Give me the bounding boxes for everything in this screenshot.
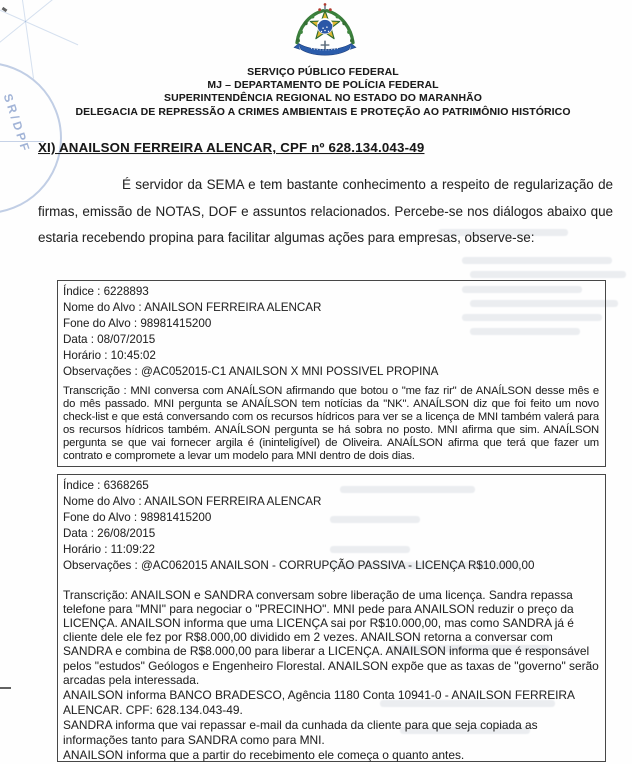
record-2-fields: Índice : 6368265 Nome do Alvo : ANAILSON… [63, 478, 599, 575]
record-field-observacoes: Observações : @AC052015-C1 ANAILSON X MN… [63, 364, 599, 380]
intercept-record-2: Índice : 6368265 Nome do Alvo : ANAILSON… [57, 474, 606, 762]
transcription-paragraph: Transcrição : MNI conversa com ANAÍLSON … [63, 385, 599, 464]
header-line-servico-publico: SERVIÇO PÚBLICO FEDERAL [14, 66, 632, 79]
transcription-paragraph: ANAILSON informa BANCO BRADESCO, Agência… [63, 688, 599, 716]
stamp-ray-line [0, 0, 71, 58]
bleed-through-artifact [462, 257, 612, 264]
record-1-fields: Índice : 6228893 Nome do Alvo : ANAILSON… [63, 284, 599, 381]
record-2-transcription: Transcrição: ANAILSON e SANDRA conversam… [63, 588, 599, 763]
intercept-record-1: Índice : 6228893 Nome do Alvo : ANAILSON… [57, 280, 606, 467]
document-header: SERVIÇO PÚBLICO FEDERAL MJ – DEPARTAMENT… [14, 66, 632, 119]
record-field-indice: Índice : 6368265 [63, 478, 599, 494]
header-line-delegacia: DELEGACIA DE REPRESSÃO A CRIMES AMBIENTA… [14, 106, 632, 119]
transcription-paragraph: Transcrição: ANAILSON e SANDRA conversam… [63, 588, 599, 687]
record-field-fone-do-alvo: Fone do Alvo : 98981415200 [63, 510, 599, 526]
brazil-coat-of-arms-icon [284, 2, 366, 60]
header-line-superintendencia: SUPERINTENDÊNCIA REGIONAL NO ESTADO DO M… [14, 92, 632, 105]
intro-paragraph: É servidor da SEMA e tem bastante conhec… [38, 172, 613, 252]
header-line-departamento: MJ – DEPARTAMENTO DE POLÍCIA FEDERAL [14, 79, 632, 92]
record-field-observacoes: Observações : @AC062015 ANAILSON - CORRU… [63, 558, 599, 574]
record-field-horario: Horário : 10:45:02 [63, 348, 599, 364]
transcription-paragraph: SANDRA informa que vai repassar e-mail d… [63, 718, 599, 746]
record-field-indice: Índice : 6228893 [63, 284, 599, 300]
record-field-data: Data : 26/08/2015 [63, 526, 599, 542]
bleed-through-artifact [470, 271, 626, 278]
record-field-nome-do-alvo: Nome do Alvo : ANAILSON FERREIRA ALENCAR [63, 494, 599, 510]
record-1-transcription: Transcrição : MNI conversa com ANAÍLSON … [63, 385, 599, 464]
record-field-horario: Horário : 11:09:22 [63, 542, 599, 558]
stamp-ray-line [0, 0, 78, 45]
transcription-paragraph: ANAILSON informa que a partir do recebim… [63, 748, 599, 762]
scan-speck [0, 687, 11, 689]
scanned-document-page: SR/DPF CART [0, 0, 632, 764]
section-title: XI) ANAILSON FERREIRA ALENCAR, CPF nº 62… [38, 140, 424, 155]
record-field-data: Data : 08/07/2015 [63, 332, 599, 348]
record-field-fone-do-alvo: Fone do Alvo : 98981415200 [63, 316, 599, 332]
record-field-nome-do-alvo: Nome do Alvo : ANAILSON FERREIRA ALENCAR [63, 300, 599, 316]
